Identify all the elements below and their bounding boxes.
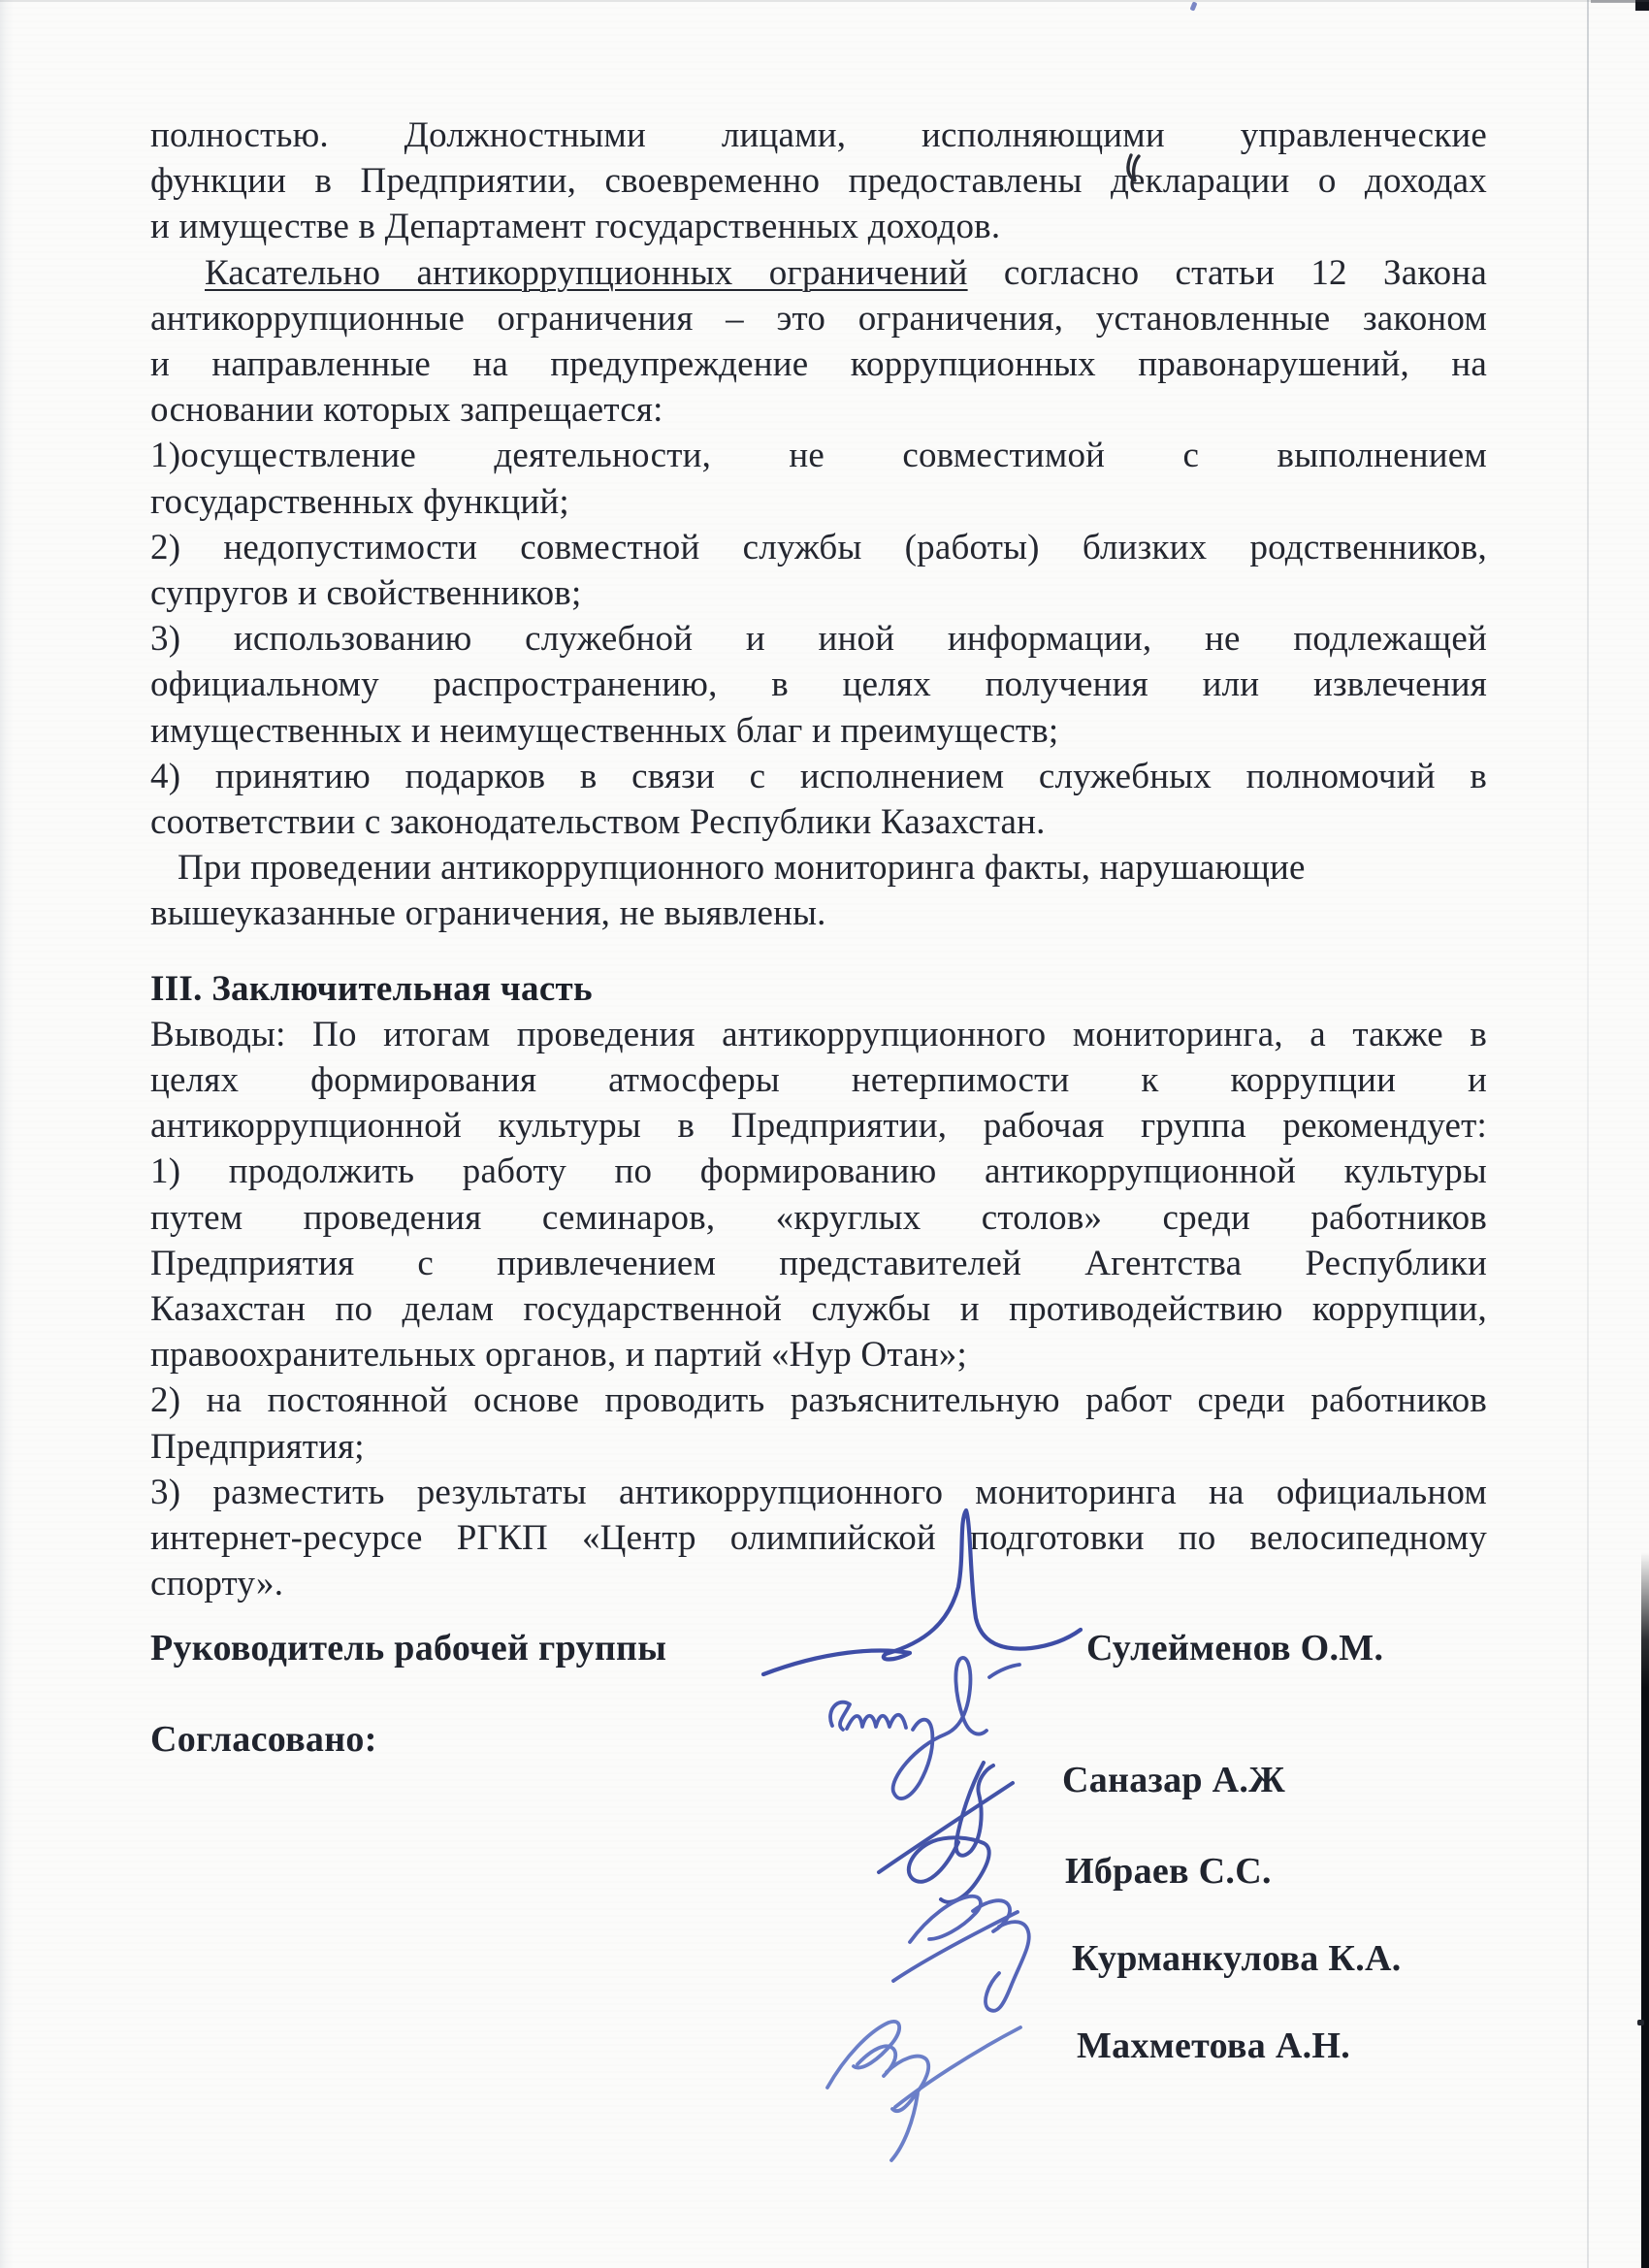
text-line: официальному распространению, в целях по… [150,662,1487,707]
agreed-label: Согласовано: [150,1717,377,1762]
text-line: 4) принятию подарков в связи с исполнени… [150,754,1487,799]
text-line: 2) недопустимости совместной службы (раб… [150,525,1487,570]
heading-text: III. Заключительная часть [150,966,1487,1012]
text-line: путем проведения семинаров, «круглых сто… [150,1195,1487,1241]
underlined-phrase: Касательно антикоррупционных ограничений [205,253,968,293]
text-line: правоохранительных органов, и партий «Ну… [150,1332,1487,1377]
signature-ibraev [879,1763,1013,1902]
document-body: полностью. Должностными лицами, исполняю… [150,113,1487,1607]
text-line: основании которых запрещается: [150,387,1487,433]
approver-name: Махметова А.Н. [1077,2024,1350,2068]
document-page: полностью. Должностными лицами, исполняю… [0,0,1649,2268]
list-item-3: 3) использованию служебной и иной информ… [150,616,1487,754]
paper-edge-line [1587,0,1589,2268]
text-line: имущественных и неимущественных благ и п… [150,708,1487,754]
text-line: 3) разместить результаты антикоррупционн… [150,1470,1487,1515]
list-item-2: 2) недопустимости совместной службы (раб… [150,525,1487,616]
text-line: Касательно антикоррупционных ограничений… [150,250,1487,296]
recommendation-3: 3) разместить результаты антикоррупционн… [150,1470,1487,1607]
signature-makhmetova [827,2022,1020,2160]
section-heading: III. Заключительная часть [150,966,1487,1012]
leader-role-label: Руководитель рабочей группы [150,1626,666,1670]
text-line: и направленные на предупреждение коррупц… [150,341,1487,387]
paragraph-restrictions-intro: Касательно антикоррупционных ограничений… [150,250,1487,434]
text-line: интернет-ресурсе РГКП «Центр олимпийской… [150,1515,1487,1561]
list-item-1: 1)осуществление деятельности, не совмест… [150,433,1487,524]
recommendation-1: 1) продолжить работу по формированию ант… [150,1149,1487,1377]
approver-name: Ибраев С.С. [1065,1849,1272,1894]
text-line: целях формирования атмосферы нетерпимост… [150,1057,1487,1103]
text-line: 1) продолжить работу по формированию ант… [150,1149,1487,1194]
text-line: антикоррупционные ограничения – это огра… [150,296,1487,341]
text-line: Предприятия; [150,1424,1487,1470]
text-line: государственных функций; [150,479,1487,525]
text-line: антикоррупционной культуры в Предприятии… [150,1103,1487,1149]
paragraph-declarations: полностью. Должностными лицами, исполняю… [150,113,1487,250]
approver-name: Саназар А.Ж [1062,1758,1285,1802]
approver-name: Курманкулова К.А. [1072,1936,1402,1981]
scan-speck-blue [1189,1,1197,11]
text-line: соответствии с законодательством Республ… [150,799,1487,845]
scan-artifact-corner-line [1591,0,1635,3]
text-line: вышеуказанные ограничения, не выявлены. [150,891,1487,936]
leader-name: Сулейменов О.М. [1086,1626,1383,1670]
paragraph-monitoring-facts: При проведении антикоррупционного монито… [150,845,1487,936]
text-line: При проведении антикоррупционного монито… [150,845,1487,891]
text-line: функции в Предприятии, своевременно пред… [150,158,1487,204]
text-line: 1)осуществление деятельности, не совмест… [150,433,1487,478]
signature-kurmankulova [893,1896,1029,2011]
scan-speck-dark [1637,2020,1644,2025]
text-line: Казахстан по делам государственной служб… [150,1286,1487,1332]
text-line: спорту». [150,1561,1487,1606]
text-line: и имуществе в Департамент государственны… [150,204,1487,249]
text-line: супругов и свойственников; [150,570,1487,616]
text-fragment: согласно статьи 12 Закона [968,253,1487,293]
signature-sanazar [830,1658,1019,1798]
text-line: 3) использованию служебной и иной информ… [150,616,1487,662]
list-item-4: 4) принятию подарков в связи с исполнени… [150,754,1487,845]
text-line: Выводы: По итогам проведения антикоррупц… [150,1012,1487,1057]
text-line: 2) на постоянной основе проводить разъяс… [150,1377,1487,1423]
paragraph-conclusions: Выводы: По итогам проведения антикоррупц… [150,1012,1487,1150]
text-line: Предприятия с привлечением представителе… [150,1241,1487,1286]
recommendation-2: 2) на постоянной основе проводить разъяс… [150,1377,1487,1469]
scan-artifact-right-strip [1641,1552,1649,2268]
text-line: полностью. Должностными лицами, исполняю… [150,113,1487,158]
scan-artifact-corner [1635,0,1649,11]
